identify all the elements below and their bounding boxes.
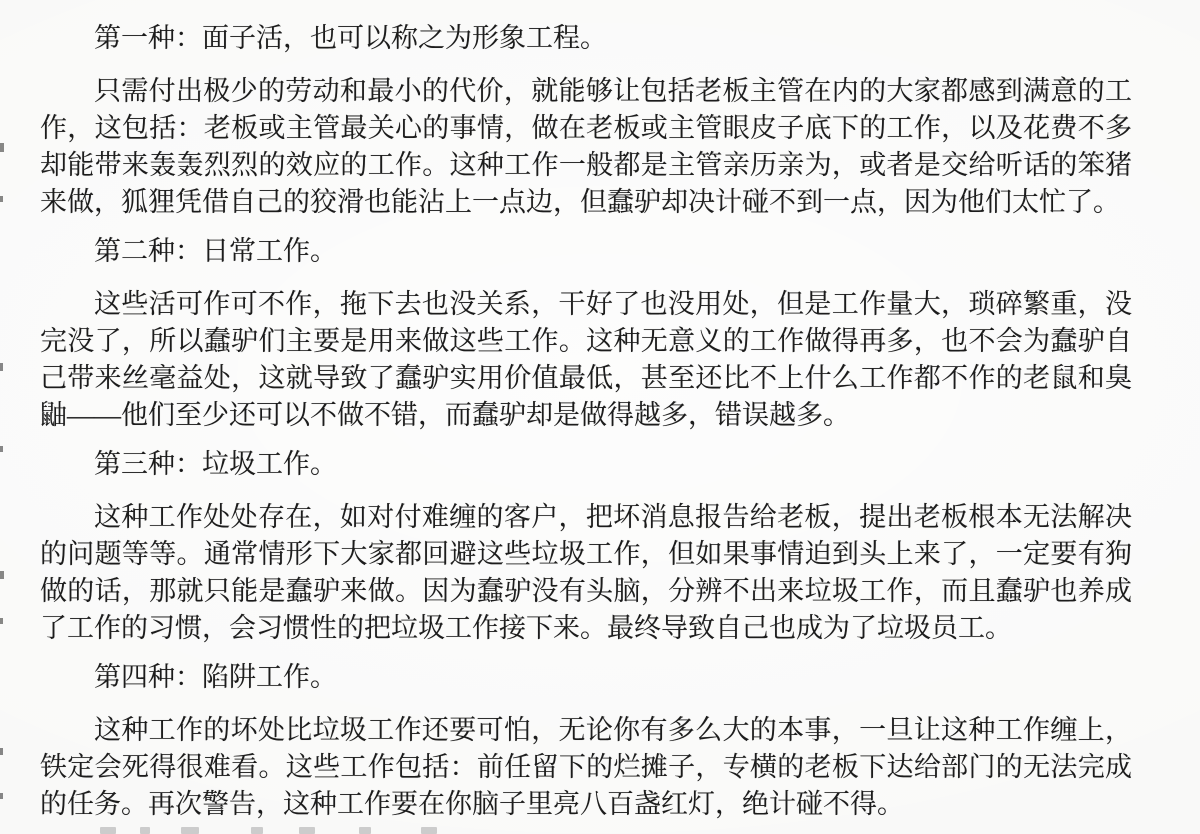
cropped-next-line (0, 827, 1200, 834)
section-heading-3: 第三种：垃圾工作。 (40, 446, 1132, 483)
section-heading-2: 第二种：日常工作。 (40, 233, 1132, 270)
section-heading-1: 第一种：面子活，也可以称之为形象工程。 (40, 20, 1132, 57)
section-paragraph-1: 只需付出极少的劳动和最小的代价，就能够让包括老板主管在内的大家都感到满意的工作，… (40, 73, 1132, 221)
section-paragraph-2: 这些活可作可不作，拖下去也没关系，干好了也没用处，但是工作量大，琐碎繁重，没完没… (40, 286, 1132, 434)
section-paragraph-3: 这种工作处处存在，如对付难缠的客户，把坏消息报告给老板，提出老板根本无法解决的问… (40, 499, 1132, 647)
scan-edge-artifacts (0, 0, 4, 834)
document-page: 第一种：面子活，也可以称之为形象工程。 只需付出极少的劳动和最小的代价，就能够让… (0, 0, 1200, 834)
section-paragraph-4: 这种工作的坏处比垃圾工作还要可怕，无论你有多么大的本事，一旦让这种工作缠上，铁定… (40, 712, 1132, 823)
section-heading-4: 第四种：陷阱工作。 (40, 659, 1132, 696)
